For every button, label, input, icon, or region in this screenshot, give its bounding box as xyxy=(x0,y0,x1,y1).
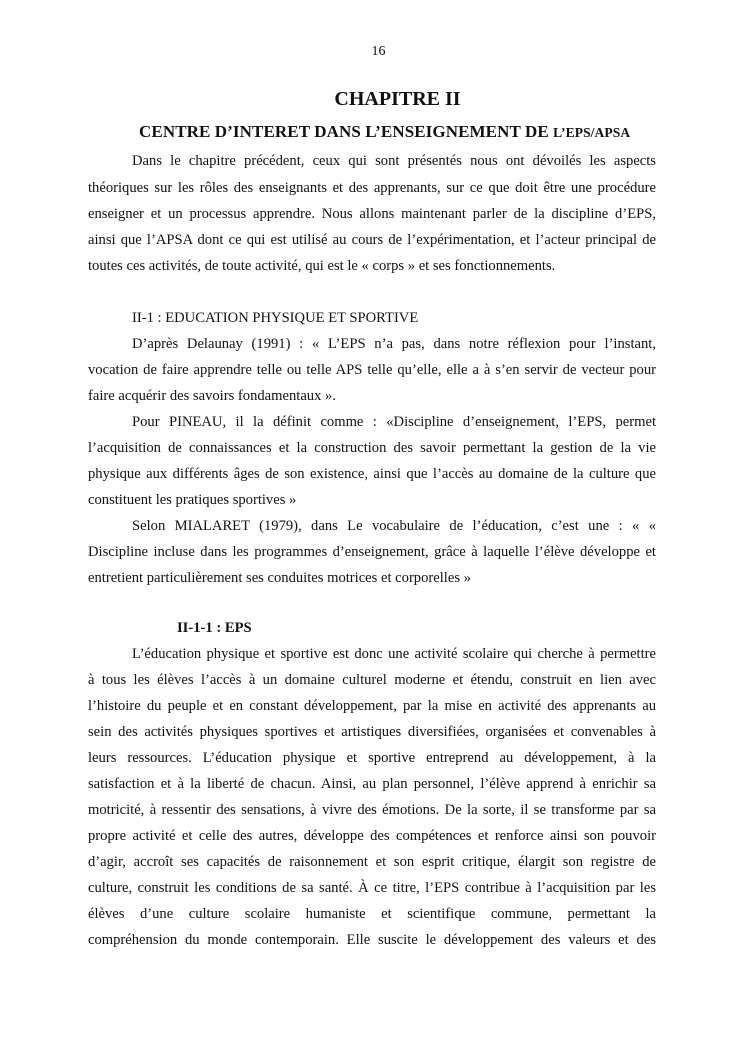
text-line: élèves d’une culture scolaire humaniste … xyxy=(88,905,656,923)
page-number: 16 xyxy=(0,44,745,60)
text-line: toutes ces activités, de toute activité,… xyxy=(88,257,656,275)
text-line: leurs ressources. L’éducation physique e… xyxy=(88,749,656,767)
chapter-title: CHAPITRE II xyxy=(0,88,745,111)
text-line: propre activité et celle des autres, dév… xyxy=(88,827,656,845)
text-line: compréhension du monde contemporain. Ell… xyxy=(88,931,656,949)
text-line: ainsi que l’APSA dont ce qui est utilisé… xyxy=(88,231,656,249)
text-line: sein des activités physiques sportives e… xyxy=(88,723,656,741)
chapter-subtitle: CENTRE D’INTERET DANS L’ENSEIGNEMENT DE … xyxy=(139,122,630,142)
text-line: D’après Delaunay (1991) : « L’EPS n’a pa… xyxy=(132,335,656,353)
text-line: L’éducation physique et sportive est don… xyxy=(132,645,656,663)
text-line: l’histoire du peuple et en constant déve… xyxy=(88,697,656,715)
chapter-subtitle-main: CENTRE D’INTERET DANS L’ENSEIGNEMENT DE xyxy=(139,122,553,141)
text-line: théoriques sur les rôles des enseignants… xyxy=(88,179,656,197)
chapter-subtitle-small: L’EPS/APSA xyxy=(553,125,630,140)
text-line: physique aux différents âges de son exis… xyxy=(88,465,656,483)
text-line: culture, construit les conditions de sa … xyxy=(88,879,656,897)
text-line: constituent les pratiques sportives » xyxy=(88,491,656,509)
text-line: l’acquisition de connaissances et la con… xyxy=(88,439,656,457)
text-line: Pour PINEAU, il la définit comme : «Disc… xyxy=(132,413,656,431)
text-line: motricité, à ressentir des sensations, à… xyxy=(88,801,656,819)
section-heading-ii-1: II-1 : EDUCATION PHYSIQUE ET SPORTIVE xyxy=(132,309,418,327)
text-line: d’agir, accroît ses capacités de raisonn… xyxy=(88,853,656,871)
text-line: satisfaction et à la liberté de chacun. … xyxy=(88,775,656,793)
text-line: Dans le chapitre précédent, ceux qui son… xyxy=(132,152,656,170)
text-line: à tous les élèves l’accès à un domaine c… xyxy=(88,671,656,689)
section-heading-ii-1-1: II-1-1 : EPS xyxy=(177,619,252,637)
text-line: enseigner et un processus apprendre. Nou… xyxy=(88,205,656,223)
text-line: Selon MIALARET (1979), dans Le vocabulai… xyxy=(132,517,656,535)
text-line: entretient particulièrement ses conduite… xyxy=(88,569,656,587)
text-line: Discipline incluse dans les programmes d… xyxy=(88,543,656,561)
text-line: faire acquérir des savoirs fondamentaux … xyxy=(88,387,656,405)
text-line: vocation de faire apprendre telle ou tel… xyxy=(88,361,656,379)
